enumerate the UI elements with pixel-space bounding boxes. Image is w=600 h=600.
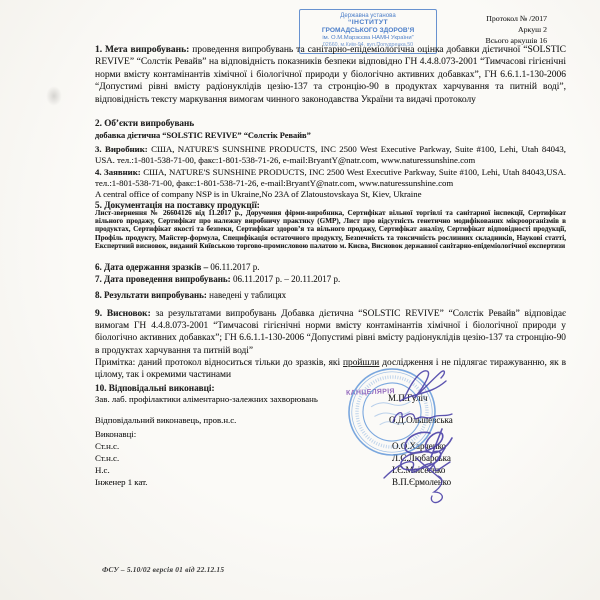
manufacturer-text: США, NATURE'S SUNSHINE PRODUCTS, INC 250… — [95, 144, 566, 165]
applicant-paragraph: 4. Заявник: США, NATURE'S SUNSHINE PRODU… — [95, 167, 566, 190]
section-objects-item: добавка дієтична “SOLSTIC REVIVE” “Солст… — [95, 130, 566, 142]
executor-name: І.Є.Моісеєнко — [392, 465, 445, 475]
section-executors-title: 10. Відповідальні виконавці: — [95, 383, 566, 393]
executor-role: Зав. лаб. профілактики аліментарно-залеж… — [95, 394, 318, 404]
scan-smudge — [46, 86, 62, 106]
executor-name: Л.С.Любарська — [392, 453, 451, 463]
section-documentation-text: Лист-звернення № 26604126 від 11.2017 р.… — [95, 209, 566, 250]
section-samples-date: 6. Дата одержання зразків – 06.11.2017 р… — [95, 262, 566, 272]
institute-stamp-line: “ІНСТИТУТ — [300, 19, 436, 27]
section-manufacturer-applicant: 3. Виробник: США, NATURE'S SUNSHINE PROD… — [95, 144, 566, 200]
note-underlined-word: пройшли — [343, 358, 379, 368]
form-code-footer: ФСУ – 5.10/02 версія 01 від 22.12.15 — [102, 565, 224, 574]
manufacturer-label: 3. Виробник: — [95, 144, 148, 154]
note-label: Примітка: — [95, 358, 135, 368]
section-objects: 2. Об’єкти випробувань добавка дієтична … — [95, 118, 566, 141]
section-purpose: 1. Мета випробувань: проведення випробув… — [95, 44, 566, 106]
executor-role: Інженер 1 кат. — [95, 477, 148, 487]
section-conclusion: 9. Висновок: за результатами випробувань… — [95, 308, 566, 381]
institute-stamp-line: ім. О.М.Марзєєва НАМН України” — [300, 35, 436, 42]
note-text-1: даний протокол відноситься тільки до зра… — [138, 358, 340, 368]
note-paragraph: Примітка: даний протокол відноситься тіл… — [95, 357, 566, 381]
protocol-header: Протокол № /2017 Аркуш 2 Всього аркушів … — [437, 13, 547, 46]
scanned-protocol-page: Державна установа “ІНСТИТУТ ГРОМАДСЬКОГО… — [0, 0, 600, 600]
applicant-text: США, NATURE'S SUNSHINE PRODUCTS, INC 250… — [95, 167, 566, 188]
executor-role: Ст.н.с. — [95, 441, 119, 451]
executor-role: Відповідальний виконавець, пров.н.с. — [95, 415, 236, 425]
executor-role: Ст.н.с. — [95, 453, 119, 463]
institute-stamp-line: ГРОМАДСЬКОГО ЗДОРОВ’Я — [300, 27, 436, 35]
protocol-number: Протокол № /2017 — [437, 13, 547, 24]
institute-stamp-line: Державна установа — [300, 12, 436, 19]
results-text: наведені у таблицях — [209, 290, 286, 300]
testing-dates-value: 06.11.2017 р. – 20.11.2017 р. — [233, 274, 340, 284]
applicant-label: 4. Заявник: — [95, 167, 141, 177]
sheet-number: Аркуш 2 — [437, 24, 547, 35]
section-results: 8. Результати випробувань: наведені у та… — [95, 290, 566, 300]
manufacturer-paragraph: 3. Виробник: США, NATURE'S SUNSHINE PROD… — [95, 144, 566, 167]
executor-role: Н.с. — [95, 465, 110, 475]
samples-date-value: 06.11.2017 р. — [210, 262, 259, 272]
results-label: 8. Результати випробувань: — [95, 290, 207, 300]
conclusion-label: 9. Висновок: — [95, 309, 151, 319]
section-purpose-label: 1. Мета випробувань: — [95, 45, 189, 55]
executor-name: В.П.Єрмоленко — [392, 477, 451, 487]
conclusion-paragraph: 9. Висновок: за результатами випробувань… — [95, 308, 566, 357]
executor-name: О.О.Харченко — [392, 441, 446, 451]
executors-list-label: Виконавці: — [95, 429, 136, 439]
executor-name: О.Д.Ольшевська — [389, 415, 453, 425]
section-testing-dates: 7. Дата проведення випробувань: 06.11.20… — [95, 274, 566, 284]
samples-date-label: 6. Дата одержання зразків – — [95, 262, 208, 272]
conclusion-text: за результатами випробувань Добавка дієт… — [95, 309, 566, 356]
testing-dates-label: 7. Дата проведення випробувань: — [95, 274, 231, 284]
central-office-line: A central office of company NSP is in Uk… — [95, 189, 566, 200]
section-objects-title: 2. Об’єкти випробувань — [95, 118, 566, 130]
